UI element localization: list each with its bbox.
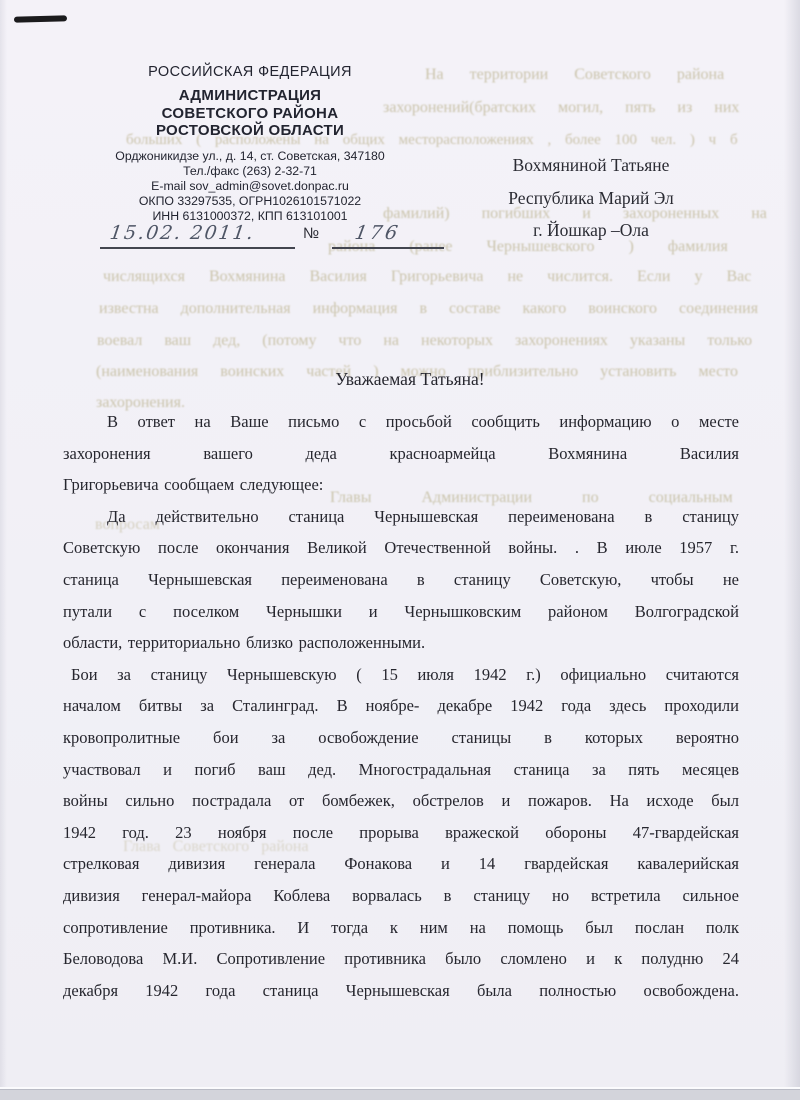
body-line: стрелковая дивизия генерала Фонакова и 1… — [63, 848, 739, 880]
salutation: Уважаемая Татьяна! — [90, 369, 730, 390]
date-underline — [100, 247, 295, 249]
letterhead-address: Орджоникидзе ул., д. 14, ст. Советская, … — [95, 149, 405, 164]
paper-edge-right — [784, 0, 800, 1100]
body-line: станица Чернышевская переименована в ста… — [63, 564, 739, 596]
ghost-text-line: захоронений(братских могил, пять из них — [383, 99, 739, 117]
body-line: области, территориально близко расположе… — [63, 627, 739, 659]
ghost-text-line: известна дополнительная информация в сос… — [99, 300, 758, 318]
scanned-letter-page: На территории Советского района захороне… — [0, 0, 800, 1100]
addressee-city: г. Йошкар –Ола — [430, 214, 752, 247]
paper-edge-bottom — [0, 1089, 800, 1100]
body-line: В ответ на Ваше письмо с просьбой сообщи… — [63, 406, 739, 438]
letterhead-org-line1: АДМИНИСТРАЦИЯ — [95, 87, 405, 105]
body-line: захоронения вашего деда красноармейца Во… — [63, 438, 739, 470]
body-line: путали с поселком Чернышки и Чернышковск… — [63, 596, 739, 628]
body-line: декабря 1942 года станица Чернышевская б… — [63, 975, 739, 1007]
ghost-text-line: числящихся Вохмянина Василия Григорьевич… — [103, 268, 751, 286]
body-line: Беловодова М.И. Сопротивление противника… — [63, 943, 739, 975]
paper-edge-left — [0, 0, 7, 1100]
letter-body: В ответ на Ваше письмо с просьбой сообщи… — [63, 406, 739, 1006]
letterhead-org-line3: РОСТОВСКОЙ ОБЛАСТИ — [95, 122, 405, 140]
body-line: Да действительно станица Чернышевская пе… — [63, 501, 739, 533]
body-line: сопротивление противника. И тогда к ним … — [63, 912, 739, 944]
number-sign: № — [303, 225, 319, 242]
number-underline — [332, 247, 444, 249]
handwritten-date: 15.02. 2011. — [108, 222, 256, 244]
body-line: войны сильно пострадала от бомбежек, обс… — [63, 785, 739, 817]
body-line: Советскую после окончания Великой Отечес… — [63, 532, 739, 564]
body-line: участвовал и погиб ваш дед. Многострадал… — [63, 754, 739, 786]
body-line: Бои за станицу Чернышевскую ( 15 июля 19… — [63, 659, 739, 691]
date-number-line: 15.02. 2011. № 176 — [100, 222, 460, 254]
handwritten-number: 176 — [353, 222, 402, 244]
addressee-name: Вохмяниной Татьяне — [430, 149, 752, 182]
ghost-text-line: На территории Советского района — [425, 66, 724, 84]
ghost-text-line: воевал ваш дед, (потому что на некоторых… — [97, 332, 752, 350]
body-line: дивизия генерал-майора Коблева ворвалась… — [63, 880, 739, 912]
letterhead-phone: Тел./факс (263) 2-32-71 — [95, 164, 405, 179]
letterhead: РОССИЙСКАЯ ФЕДЕРАЦИЯ АДМИНИСТРАЦИЯ СОВЕТ… — [95, 64, 405, 224]
body-line: началом битвы за Сталинград. В ноябре- д… — [63, 690, 739, 722]
corner-pen-mark — [14, 15, 67, 22]
addressee-block: Вохмяниной Татьяне Республика Марий Эл г… — [430, 149, 752, 247]
body-line: Григорьевича сообщаем следующее: — [63, 469, 739, 501]
addressee-region: Республика Марий Эл — [430, 182, 752, 215]
letterhead-country: РОССИЙСКАЯ ФЕДЕРАЦИЯ — [95, 64, 405, 80]
body-line: кровопролитные бои за освобождение стани… — [63, 722, 739, 754]
letterhead-email: E-mail sov_admin@sovet.donpac.ru — [95, 179, 405, 194]
letterhead-okpo-ogrn: ОКПО 33297535, ОГРН1026101571022 — [95, 194, 405, 209]
body-line: 1942 год. 23 ноября после прорыва вражес… — [63, 817, 739, 849]
letterhead-org-line2: СОВЕТСКОГО РАЙОНА — [95, 105, 405, 123]
